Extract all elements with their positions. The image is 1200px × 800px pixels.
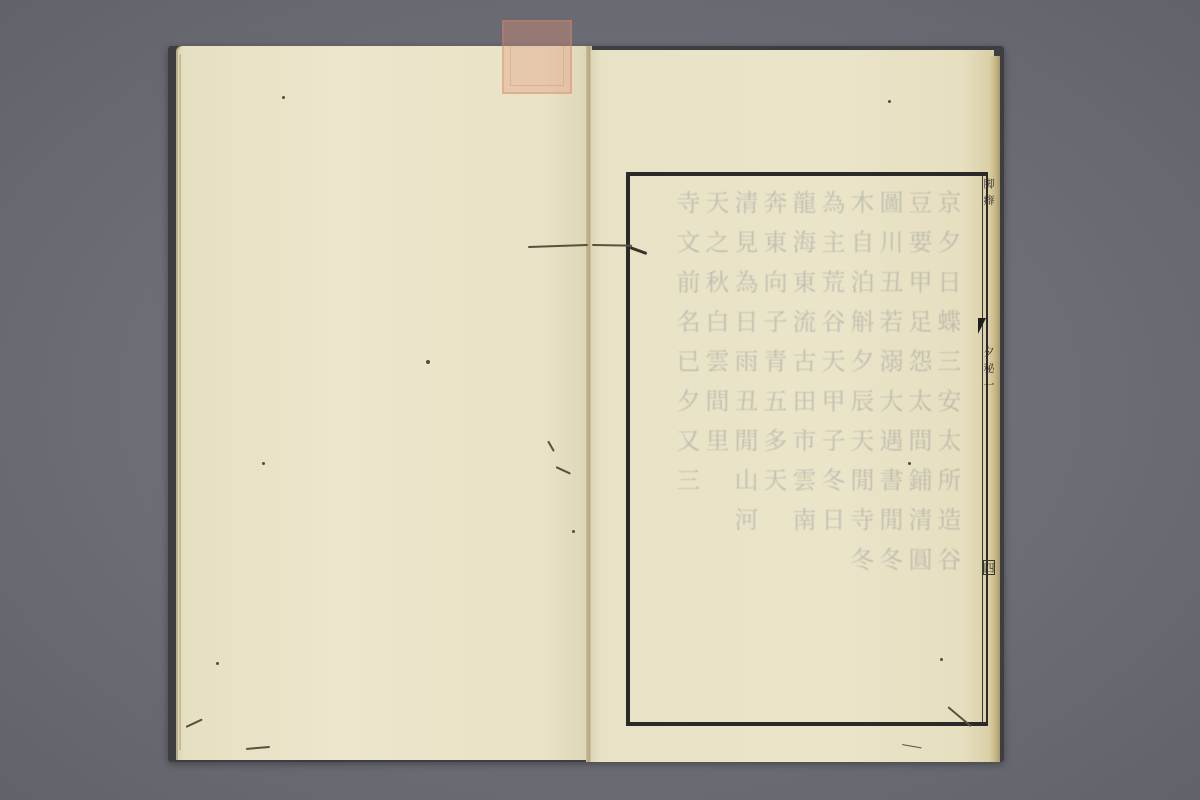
stain-spot (262, 462, 265, 465)
text-column: 天 之 秋 白 雲 間 里 (702, 190, 728, 710)
text-column: 京 夕 日 蝶 三 安 太 所 造 谷 (934, 190, 960, 710)
stain-spot (572, 530, 575, 533)
margin-title: 脚 癖 (983, 178, 993, 207)
frame-margin-line (982, 176, 983, 722)
margin-volume: 夕 秘 一 (983, 346, 993, 391)
stain-spot (216, 662, 219, 665)
left-page-edge (179, 54, 181, 750)
stain-spot (908, 462, 911, 465)
stain-spot (426, 360, 430, 364)
text-column: 龍 海 東 流 古 田 市 雲 南 (789, 190, 815, 710)
text-column: 寺 文 前 名 已 夕 又 三 (673, 190, 699, 710)
left-page (176, 46, 588, 760)
seal-inner-border (510, 28, 564, 86)
faint-text-columns: 京 夕 日 蝶 三 安 太 所 造 谷 豆 要 甲 足 怨 太 間 鋪 清 圓 … (640, 190, 960, 710)
stain-spot (888, 100, 891, 103)
fore-edge (990, 56, 1000, 762)
text-column: 奔 東 向 子 青 五 多 天 (760, 190, 786, 710)
text-column: 為 主 荒 谷 天 甲 子 冬 日 (818, 190, 844, 710)
stain-spot (940, 658, 943, 661)
text-column: 圖 川 丑 若 溺 大 遇 書 閒 冬 (876, 190, 902, 710)
fishtail-mark-icon (978, 318, 986, 334)
stain-spot (282, 96, 285, 99)
text-column: 清 見 為 日 雨 丑 閒 山 河 (731, 190, 757, 710)
text-column: 木 自 泊 斛 夕 辰 天 閒 寺 冬 (847, 190, 873, 710)
margin-folio: 四 (983, 560, 995, 575)
text-column: 豆 要 甲 足 怨 太 間 鋪 清 圓 (905, 190, 931, 710)
collector-seal (502, 20, 572, 94)
